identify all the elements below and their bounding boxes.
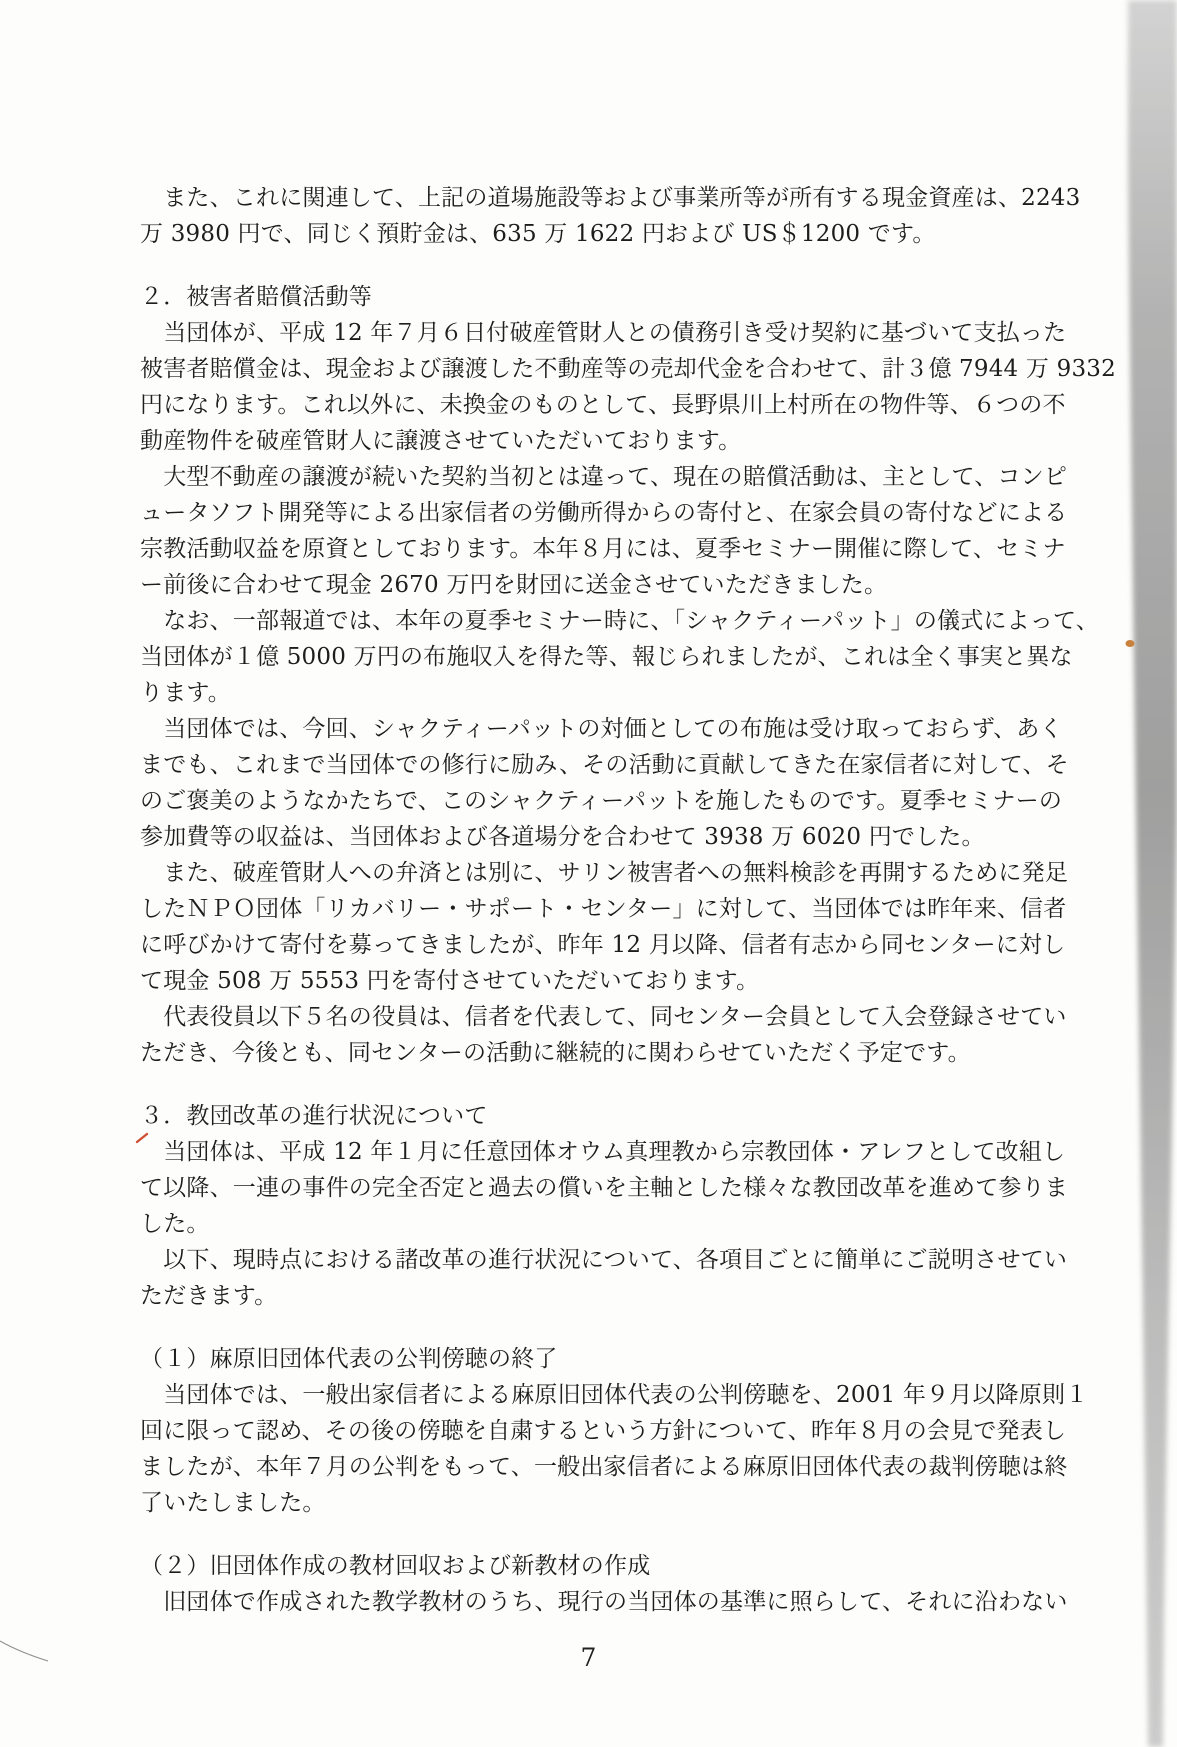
text-line: ー前後に合わせて現金 2670 万円を財団に送金させていただきました。 [140, 567, 1055, 603]
paragraph: なお、一部報道では、本年の夏季セミナー時に、「シャクティーパット」の儀式によって… [140, 603, 1055, 711]
text-line: なお、一部報道では、本年の夏季セミナー時に、「シャクティーパット」の儀式によって… [140, 603, 1055, 639]
section-2-heading: ２．被害者賠償活動等 [140, 279, 1055, 315]
document-body: また、これに関連して、上記の道場施設等および事業所等が所有する現金資産は、224… [140, 180, 1055, 1620]
subsection-1-heading: （１）麻原旧団体代表の公判傍聴の終了 [140, 1341, 1055, 1377]
paragraph: 旧団体で作成された教学教材のうち、現行の当団体の基準に照らして、それに沿わない [140, 1584, 1055, 1620]
subsection-2-heading: （２）旧団体作成の教材回収および新教材の作成 [140, 1548, 1055, 1584]
text-line: 大型不動産の譲渡が続いた契約当初とは違って、現在の賠償活動は、主として、コンピ [140, 459, 1055, 495]
text-line: ただきます。 [140, 1278, 1055, 1314]
paragraph: 当団体が、平成 12 年７月６日付破産管財人との債務引き受け契約に基づいて支払っ… [140, 315, 1055, 459]
text-line: 円になります。これ以外に、未換金のものとして、長野県川上村所在の物件等、６つの不 [140, 387, 1055, 423]
text-line: 以下、現時点における諸改革の進行状況について、各項目ごとに簡単にご説明させてい [140, 1242, 1055, 1278]
paragraph: また、破産管財人への弁済とは別に、サリン被害者への無料検診を再開するために発足 … [140, 855, 1055, 999]
text-line: ュータソフト開発等による出家信者の労働所得からの寄付と、在家会員の寄付などによる [140, 495, 1055, 531]
text-line: 旧団体で作成された教学教材のうち、現行の当団体の基準に照らして、それに沿わない [140, 1584, 1055, 1620]
text-line: 動産物件を破産管財人に譲渡させていただいております。 [140, 423, 1055, 459]
page-number: 7 [0, 1643, 1177, 1672]
text-line: ります。 [140, 675, 1055, 711]
section-3-heading: ３．教団改革の進行状況について [140, 1098, 1055, 1134]
dust-speck [1124, 638, 1136, 649]
paragraph: 代表役員以下５名の役員は、信者を代表して、同センター会員として入会登録させてい … [140, 999, 1055, 1071]
paragraph: 当団体は、平成 12 年１月に任意団体オウム真理教から宗教団体・アレフとして改組… [140, 1134, 1055, 1242]
text-line: 了いたしました。 [140, 1485, 1055, 1521]
text-line: また、これに関連して、上記の道場施設等および事業所等が所有する現金資産は、224… [140, 180, 1055, 216]
text-line: 当団体では、一般出家信者による麻原旧団体代表の公判傍聴を、2001 年９月以降原… [140, 1377, 1055, 1413]
text-line: ただき、今後とも、同センターの活動に継続的に関わらせていただく予定です。 [140, 1035, 1055, 1071]
text-line: 当団体は、平成 12 年１月に任意団体オウム真理教から宗教団体・アレフとして改組… [140, 1134, 1055, 1170]
paragraph: 当団体では、今回、シャクティーパットの対価としての布施は受け取っておらず、あく … [140, 711, 1055, 855]
paragraph: 当団体では、一般出家信者による麻原旧団体代表の公判傍聴を、2001 年９月以降原… [140, 1377, 1055, 1521]
text-line: 当団体では、今回、シャクティーパットの対価としての布施は受け取っておらず、あく [140, 711, 1055, 747]
paragraph-intro: また、これに関連して、上記の道場施設等および事業所等が所有する現金資産は、224… [140, 180, 1055, 252]
text-line: て現金 508 万 5553 円を寄付させていただいております。 [140, 963, 1055, 999]
scan-edge-shadow [1110, 0, 1177, 1747]
text-line: ましたが、本年７月の公判をもって、一般出家信者による麻原旧団体代表の裁判傍聴は終 [140, 1449, 1055, 1485]
paragraph: 以下、現時点における諸改革の進行状況について、各項目ごとに簡単にご説明させてい … [140, 1242, 1055, 1314]
text-line: 当団体が、平成 12 年７月６日付破産管財人との債務引き受け契約に基づいて支払っ… [140, 315, 1055, 351]
text-line: したＮＰＯ団体「リカバリー・サポート・センター」に対して、当団体では昨年来、信者 [140, 891, 1055, 927]
paragraph: 大型不動産の譲渡が続いた契約当初とは違って、現在の賠償活動は、主として、コンピ … [140, 459, 1055, 603]
text-line: 回に限って認め、その後の傍聴を自粛するという方針について、昨年８月の会見で発表し [140, 1413, 1055, 1449]
text-line: 宗教活動収益を原資としております。本年８月には、夏季セミナー開催に際して、セミナ [140, 531, 1055, 567]
text-line: 当団体が１億 5000 万円の布施収入を得た等、報じられましたが、これは全く事実… [140, 639, 1055, 675]
text-line: までも、これまで当団体での修行に励み、その活動に貢献してきた在家信者に対して、そ [140, 747, 1055, 783]
hairline-artifact [0, 1628, 60, 1672]
text-line: に呼びかけて寄付を募ってきましたが、昨年 12 月以降、信者有志から同センターに… [140, 927, 1055, 963]
text-line: 代表役員以下５名の役員は、信者を代表して、同センター会員として入会登録させてい [140, 999, 1055, 1035]
text-line: のご褒美のようなかたちで、このシャクティーパットを施したものです。夏季セミナーの [140, 783, 1055, 819]
document-page: また、これに関連して、上記の道場施設等および事業所等が所有する現金資産は、224… [0, 0, 1177, 1747]
text-line: また、破産管財人への弁済とは別に、サリン被害者への無料検診を再開するために発足 [140, 855, 1055, 891]
text-line: て以降、一連の事件の完全否定と過去の償いを主軸とした様々な教団改革を進めて参りま [140, 1170, 1055, 1206]
text-line: 被害者賠償金は、現金および譲渡した不動産等の売却代金を合わせて、計３億 7944… [140, 351, 1055, 387]
text-line: 参加費等の収益は、当団体および各道場分を合わせて 3938 万 6020 円でし… [140, 819, 1055, 855]
text-line: した。 [140, 1206, 1055, 1242]
ink-mark [134, 1128, 154, 1148]
text-line: 万 3980 円で、同じく預貯金は、635 万 1622 円および US＄120… [140, 216, 1055, 252]
